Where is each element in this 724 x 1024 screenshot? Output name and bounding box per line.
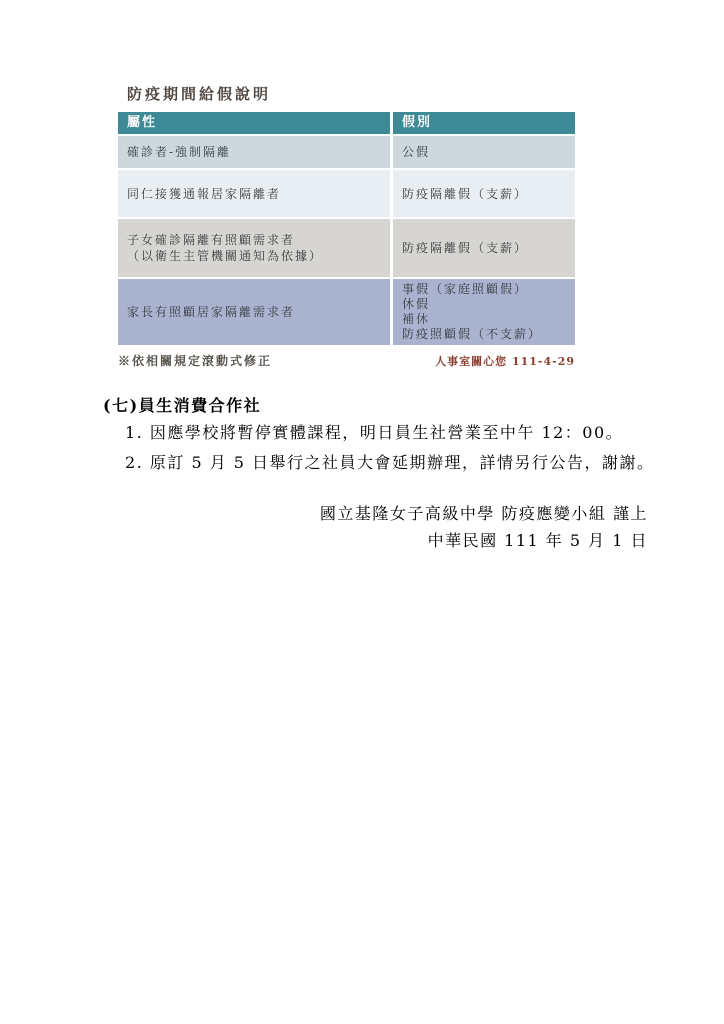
notice-item-1: 1. 因應學校將暫停實體課程，明日員生社營業至中午 12：00。 [125, 420, 623, 443]
table-header-attribute: 屬性 [118, 112, 390, 134]
table-row-2-leave: 防疫隔離假（支薪） [393, 170, 575, 217]
table-row-3-leave: 防疫隔離假（支薪） [393, 219, 575, 277]
leave-table: 屬性 假別 確診者-強制隔離 公假 同仁接獲通報居家隔離者 防疫隔離假（支薪） … [118, 112, 575, 345]
table-row-2-attribute: 同仁接獲通報居家隔離者 [118, 170, 390, 217]
hr-office-credit: 人事室關心您 111-4-29 [435, 353, 575, 369]
notice-item-2: 2. 原訂 5 月 5 日舉行之社員大會延期辦理，詳情另行公告，謝謝。 [125, 450, 655, 473]
table-header-leave-type: 假別 [393, 112, 575, 134]
table-row-1-attribute: 確診者-強制隔離 [118, 136, 390, 168]
signature-block: 國立基隆女子高級中學 防疫應變小組 謹上 中華民國 111 年 5 月 1 日 [320, 500, 648, 554]
table-row-4-leave: 事假（家庭照顧假） 休假 補休 防疫照顧假（不支薪） [393, 279, 575, 345]
section-heading-cooperative: (七)員生消費合作社 [103, 393, 261, 416]
footnote-revision-note: ※依相關規定滾動式修正 [118, 352, 272, 369]
signature-organization: 國立基隆女子高級中學 防疫應變小組 謹上 [320, 500, 648, 527]
table-footnote-row: ※依相關規定滾動式修正 人事室關心您 111-4-29 [118, 352, 575, 369]
table-title: 防疫期間給假說明 [127, 84, 271, 104]
signature-date: 中華民國 111 年 5 月 1 日 [320, 527, 648, 554]
table-row-1-leave: 公假 [393, 136, 575, 168]
table-row-3-attribute: 子女確診隔離有照顧需求者 （以衛生主管機關通知為依據） [118, 219, 390, 277]
table-row-4-attribute: 家長有照顧居家隔離需求者 [118, 279, 390, 345]
document-page: 防疫期間給假說明 屬性 假別 確診者-強制隔離 公假 同仁接獲通報居家隔離者 防… [0, 0, 724, 1024]
